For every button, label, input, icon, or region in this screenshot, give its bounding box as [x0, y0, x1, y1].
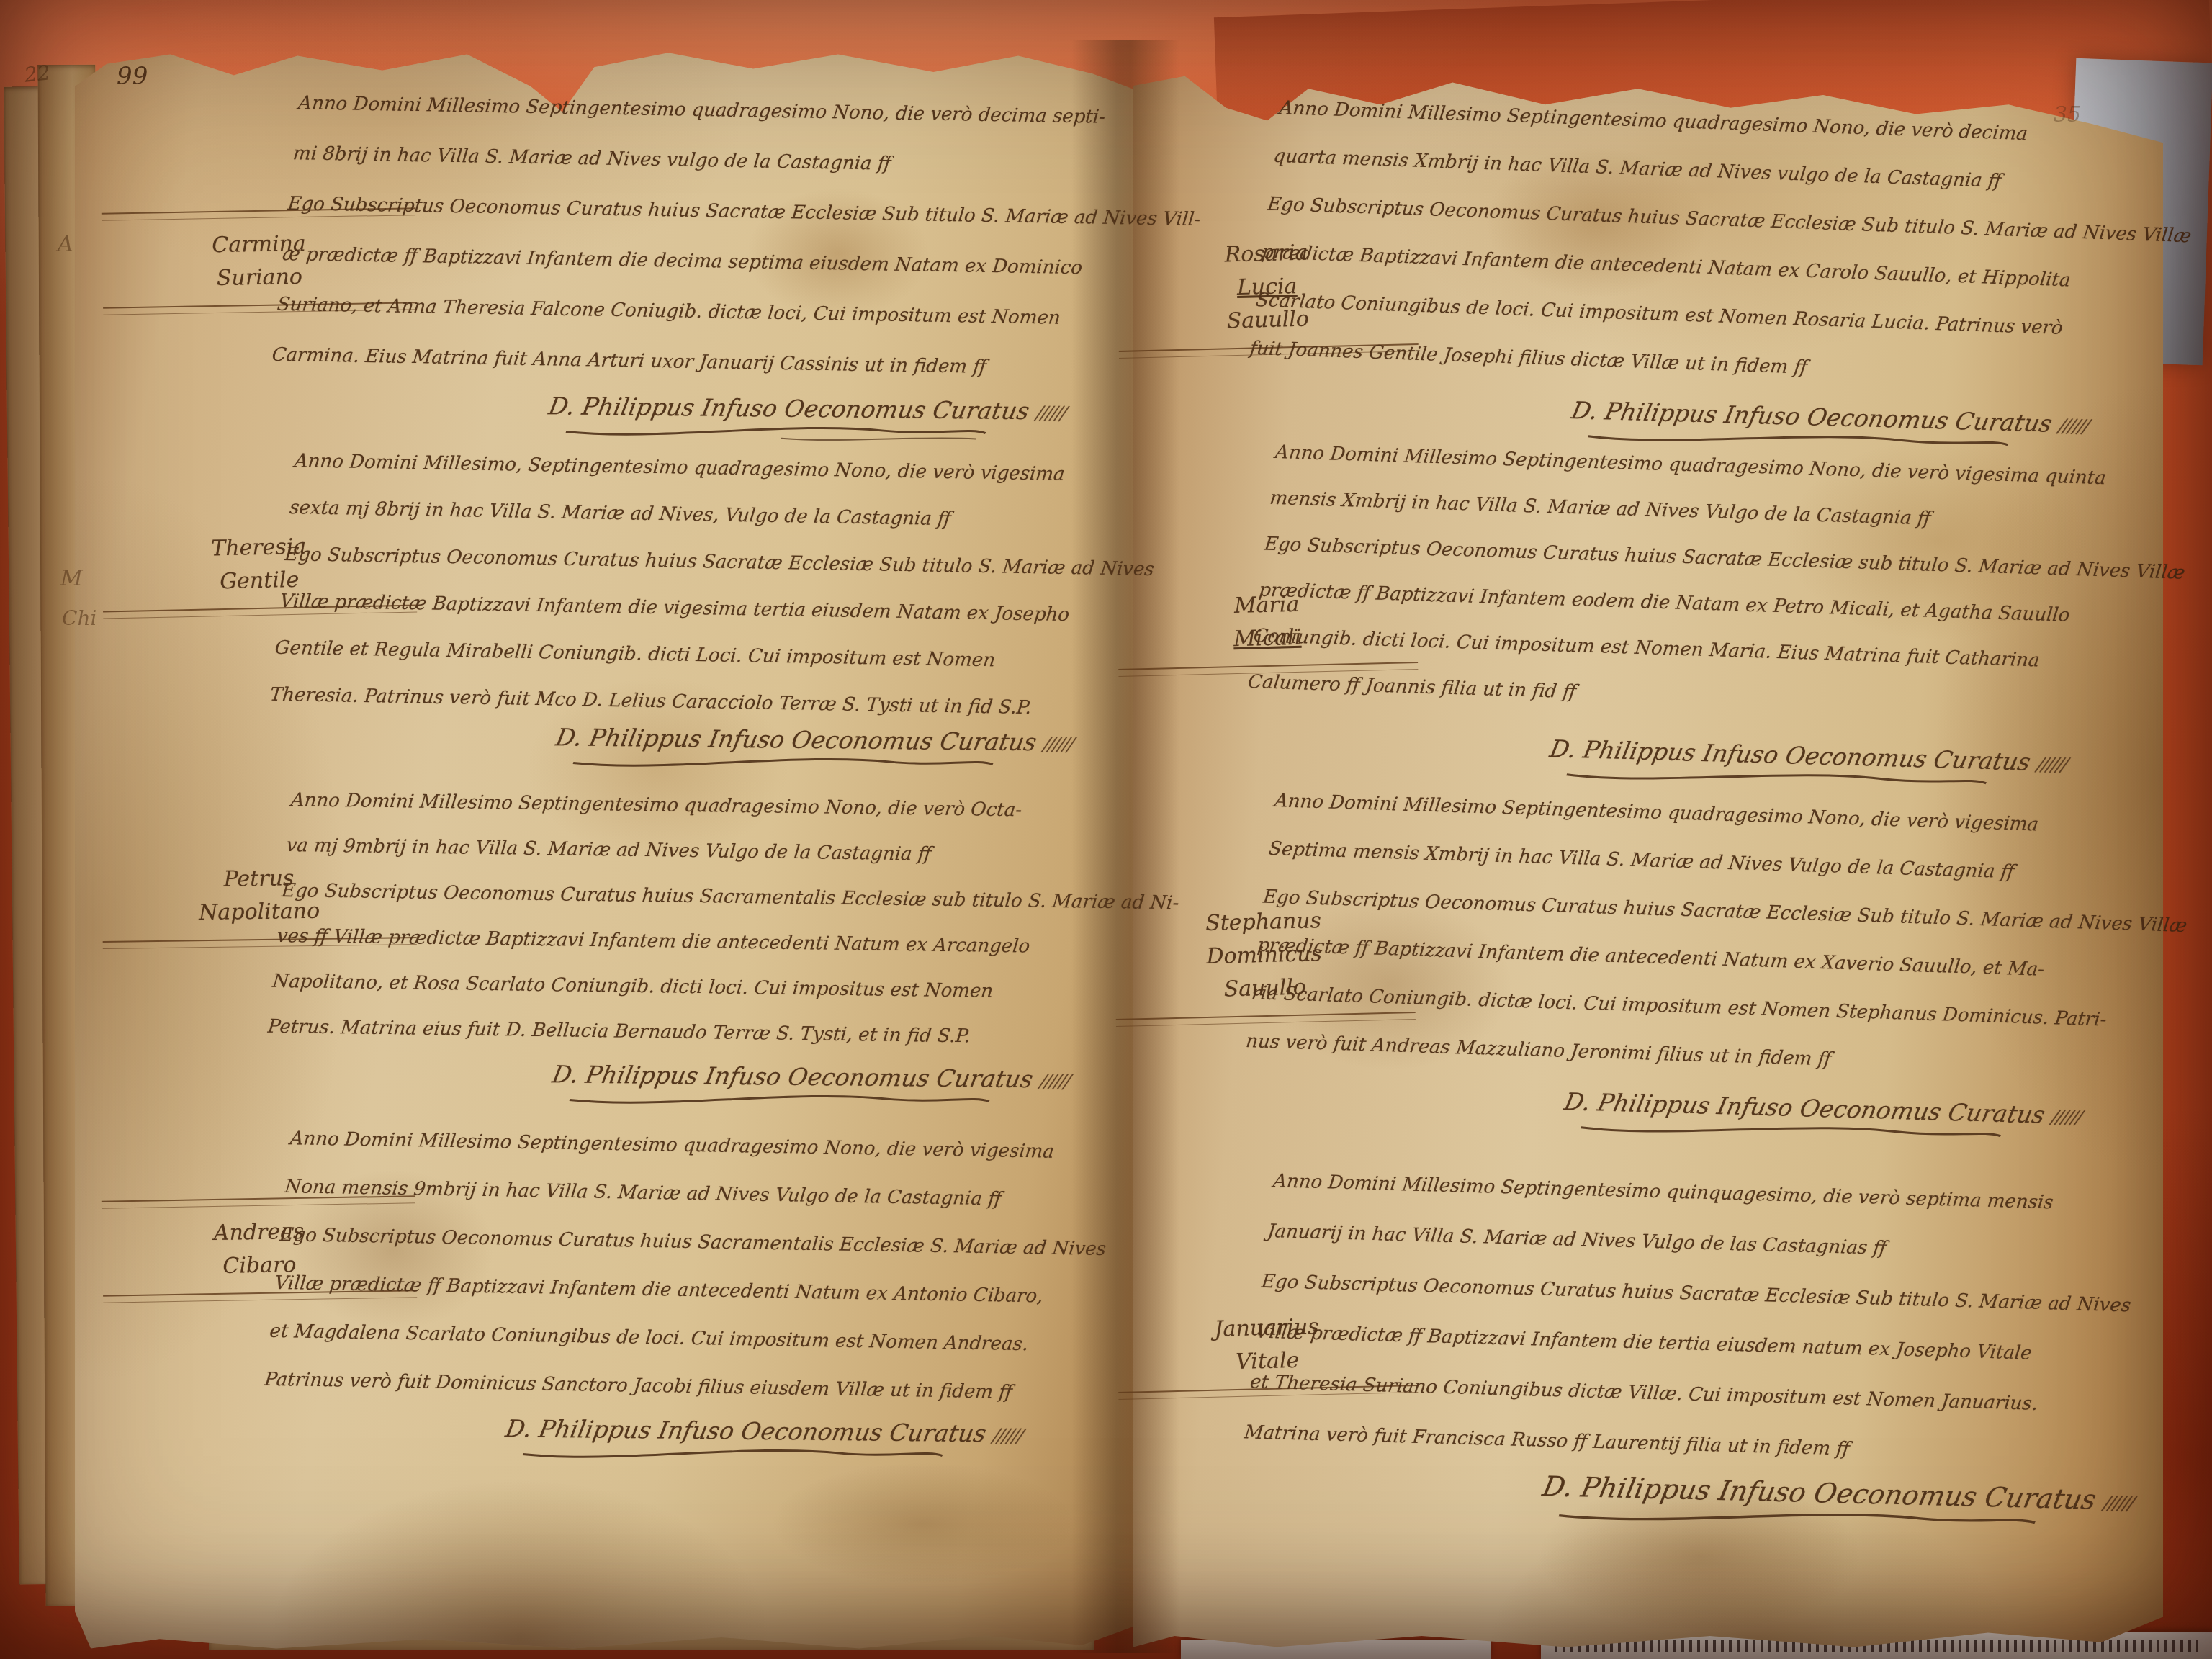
signature-hatch: //////	[2102, 1493, 2136, 1515]
baptism-entry-text: Anno Domini Millesimo Septingentesimo qu…	[1245, 429, 2170, 733]
baptism-entry-text: Anno Domini Millesimo Septingentesimo qu…	[1243, 777, 2170, 1094]
baptism-entry-text: Anno Domini Millesimo Septingentesimo qu…	[269, 78, 1129, 394]
baptism-entry-text: Anno Domini Millesimo, Septingentesimo q…	[268, 438, 1125, 732]
printed-paper-strip	[1181, 1640, 1491, 1659]
signature-hatch: //////	[1034, 403, 1067, 424]
signature-hatch: //////	[2056, 415, 2090, 438]
priest-signature: D. Philippus Infuso Oeconomus Curatus //…	[543, 392, 1069, 445]
priest-signature: D. Philippus Infuso Oeconomus Curatus //…	[500, 1414, 1025, 1467]
left-page-number: 99	[117, 62, 148, 91]
under-page-fragment: Chi	[62, 606, 96, 630]
signature-hatch: //////	[1038, 1071, 1071, 1092]
signature-hatch: //////	[1041, 734, 1074, 755]
priest-signature: D. Philippus Infuso Oeconomus Curatus //…	[550, 723, 1076, 776]
under-page-fragment: M	[60, 566, 83, 591]
baptism-entry-text: Anno Domini Millesimo Septingentesimo qu…	[262, 1115, 1120, 1418]
baptism-entry-text: Anno Domini Millesimo Septingentesimo qu…	[1247, 84, 2175, 404]
photo-scene: 22 A M Chi 99 Carmina Suriano Theresia G…	[0, 0, 2212, 1659]
baptism-entry-text: Anno Domini Millesimo Septingentesimo qu…	[1241, 1156, 2169, 1482]
under-page-fragment: 22	[23, 60, 51, 87]
signature-hatch: //////	[2035, 754, 2069, 776]
baptism-entry-text: Anno Domini Millesimo Septingentesimo qu…	[266, 778, 1121, 1061]
under-page-fragment: A	[58, 232, 73, 257]
signature-hatch: //////	[2049, 1107, 2083, 1129]
signature-hatch: //////	[991, 1425, 1024, 1447]
priest-signature: D. Philippus Infuso Oeconomus Curatus //…	[547, 1060, 1072, 1113]
